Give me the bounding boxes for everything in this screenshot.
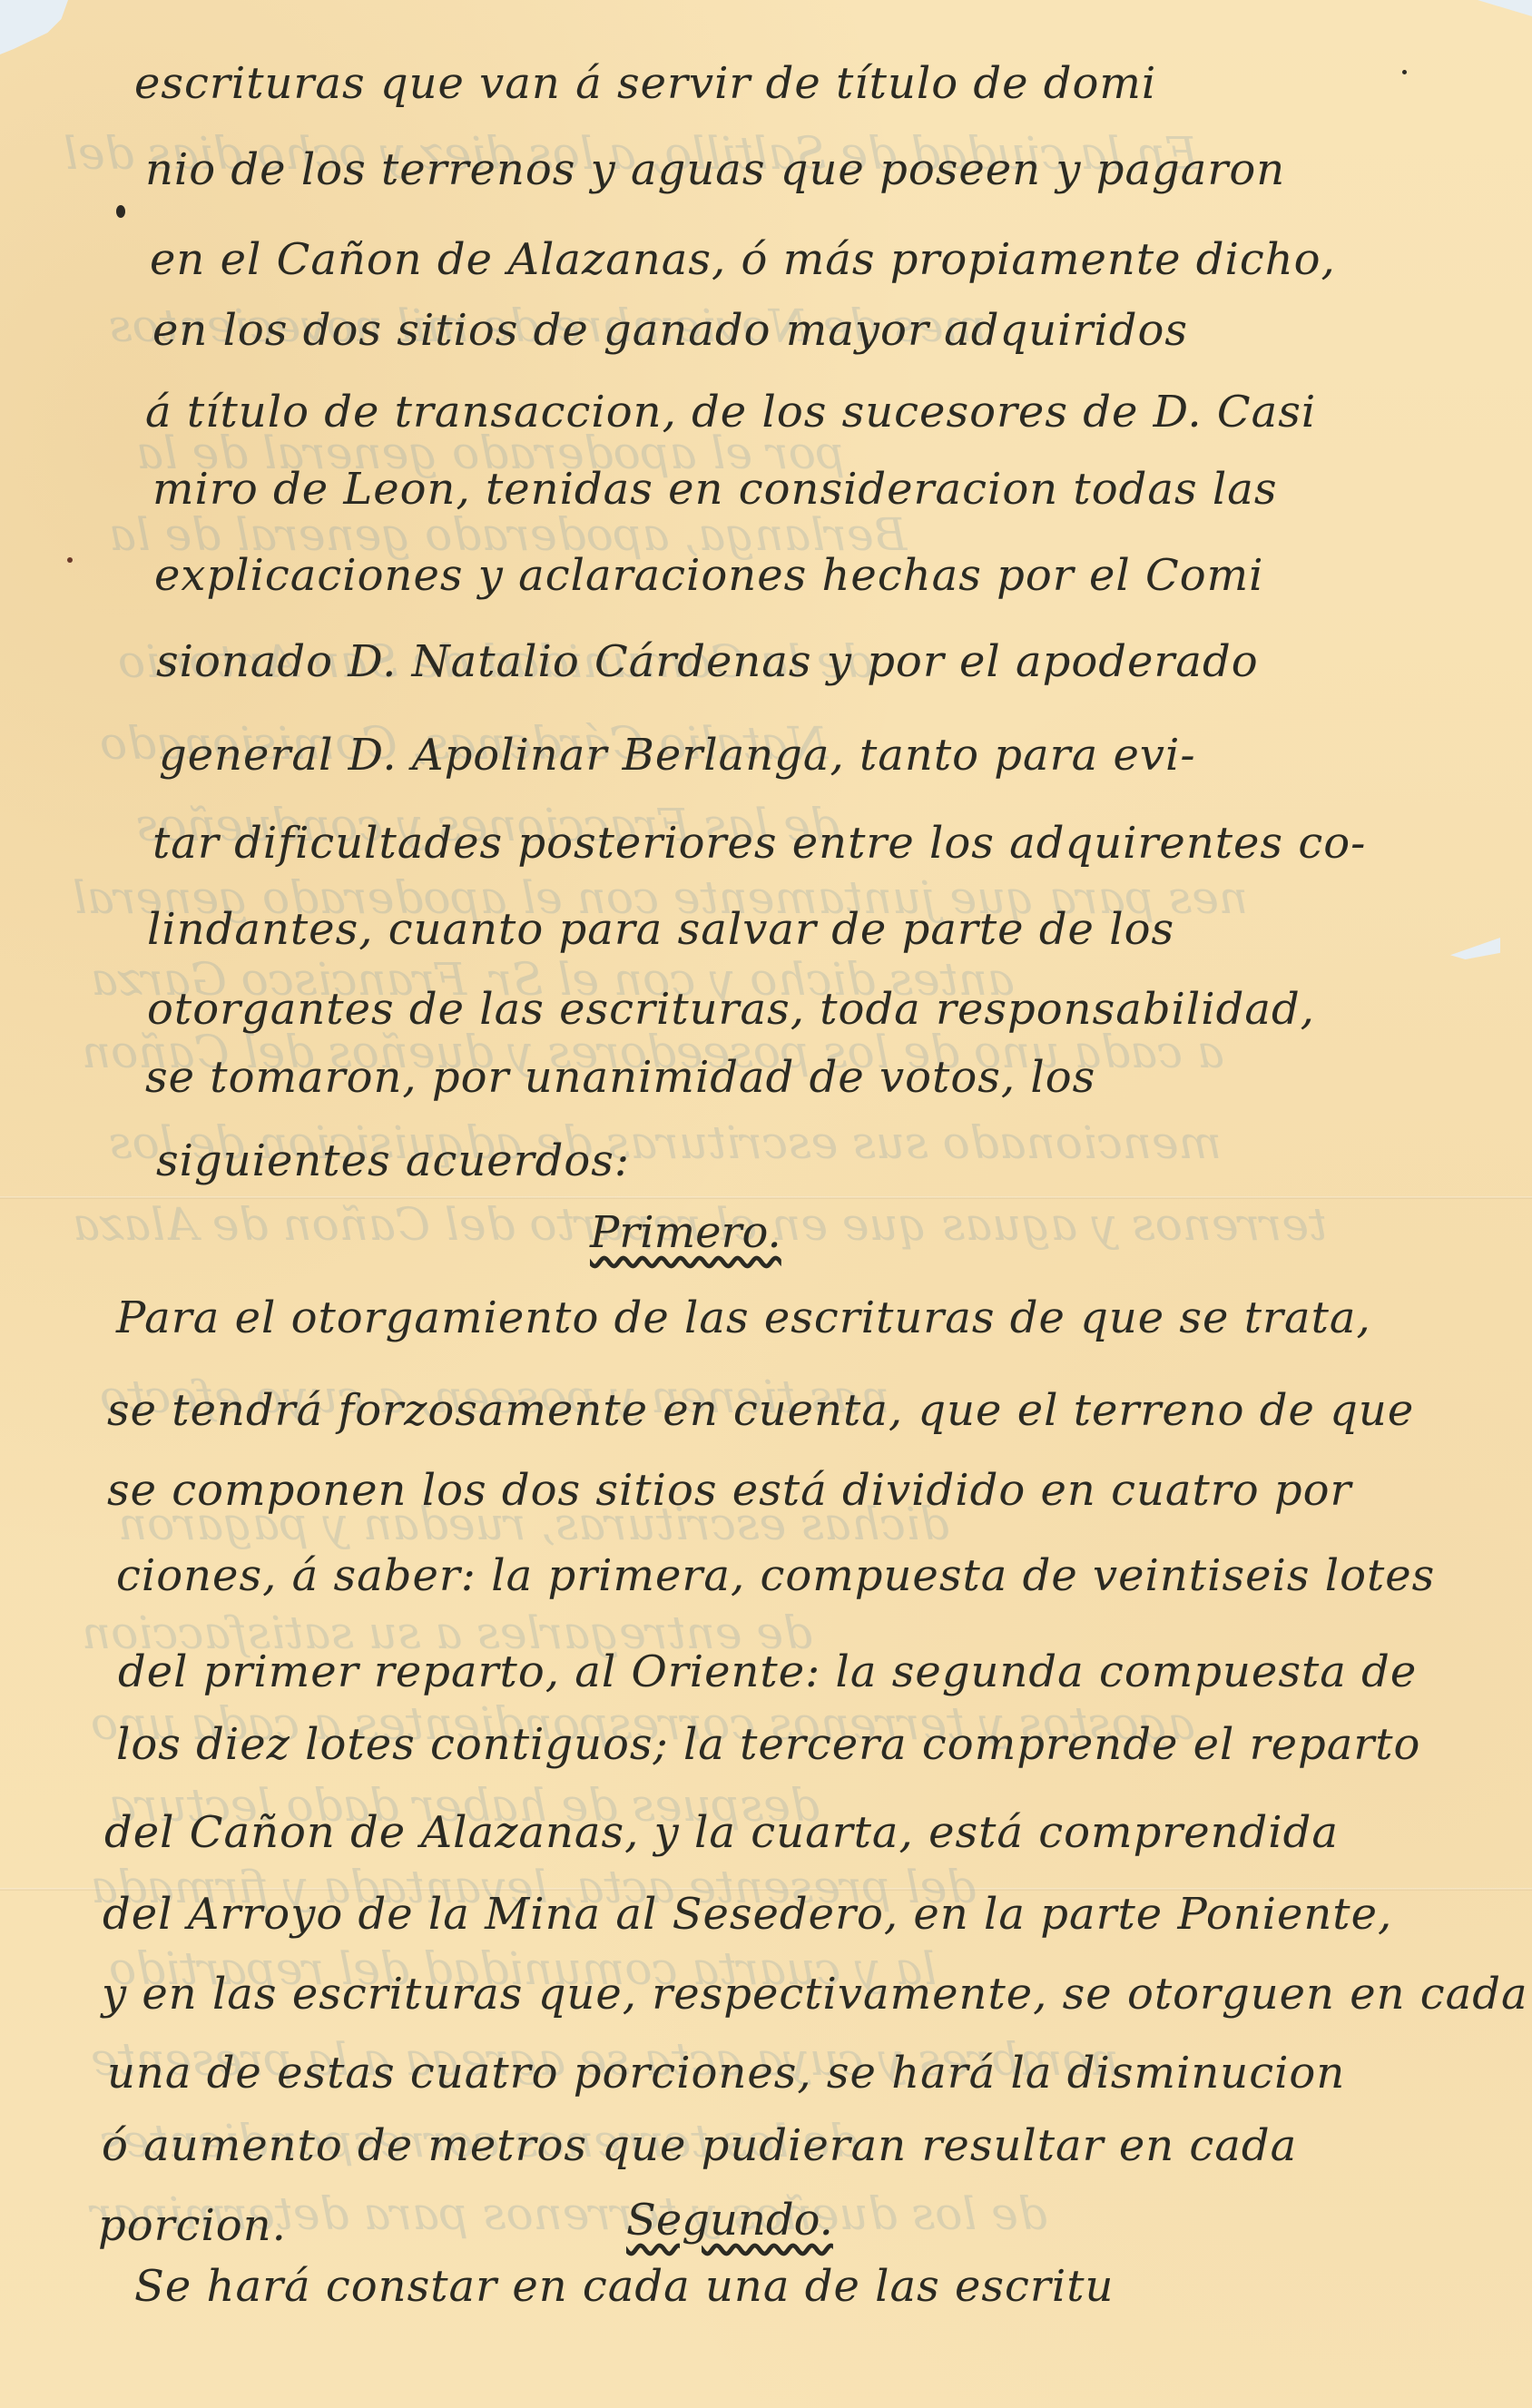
text-line: se componen los dos sitios está dividido… bbox=[107, 1469, 1351, 1512]
text-line: tar dificultades posteriores entre los a… bbox=[152, 821, 1366, 865]
text-line: Para el otorgamiento de las escrituras d… bbox=[116, 1296, 1371, 1340]
text-line: nio de los terrenos y aguas que poseen y… bbox=[145, 148, 1285, 192]
text-line: se tomaron, por unanimidad de votos, los bbox=[145, 1056, 1095, 1099]
ink-blot bbox=[1402, 70, 1407, 74]
text-line: otorgantes de las escrituras, toda respo… bbox=[147, 988, 1315, 1031]
text-line: en los dos sitios de ganado mayor adquir… bbox=[152, 309, 1188, 352]
text-line: siguientes acuerdos: bbox=[156, 1139, 630, 1183]
text-line: en el Cañon de Alazanas, ó más propiamen… bbox=[150, 238, 1336, 281]
ink-blot bbox=[116, 205, 125, 218]
text-line: y en las escrituras que, respectivamente… bbox=[102, 1972, 1528, 2016]
text-line: una de estas cuatro porciones, se hará l… bbox=[107, 2051, 1345, 2095]
section-heading-segundo: Segundo. bbox=[626, 2195, 833, 2246]
ink-blot bbox=[67, 557, 73, 563]
text-line: sionado D. Natalio Cárdenas y por el apo… bbox=[156, 640, 1259, 683]
section-heading-primero: Primero. bbox=[590, 1207, 781, 1258]
text-line: los diez lotes contiguos; la tercera com… bbox=[116, 1723, 1420, 1766]
text-line: á título de transaccion, de los sucesore… bbox=[145, 390, 1316, 434]
text-line: se tendrá forzosamente en cuenta, que el… bbox=[107, 1389, 1414, 1432]
text-line: del primer reparto, al Oriente: la segun… bbox=[118, 1650, 1417, 1694]
text-line: escrituras que van á servir de título de… bbox=[134, 62, 1156, 105]
text-line: lindantes, cuanto para salvar de parte d… bbox=[147, 908, 1174, 951]
text-line: miro de Leon, tenidas en consideracion t… bbox=[152, 467, 1277, 511]
text-line: del Arroyo de la Mina al Sesedero, en la… bbox=[103, 1892, 1392, 1936]
text-line: explicaciones y aclaraciones hechas por … bbox=[154, 554, 1263, 597]
text-line: ó aumento de metros que pudieran resulta… bbox=[102, 2124, 1297, 2167]
text-line: general D. Apolinar Berlanga, tanto para… bbox=[159, 733, 1196, 777]
text-line: Se hará constar en cada una de las escri… bbox=[134, 2265, 1114, 2308]
text-line: ciones, á saber: la primera, compuesta d… bbox=[116, 1554, 1435, 1597]
text-line: porcion. bbox=[98, 2204, 287, 2247]
text-line: del Cañon de Alazanas, y la cuarta, está… bbox=[104, 1811, 1339, 1854]
